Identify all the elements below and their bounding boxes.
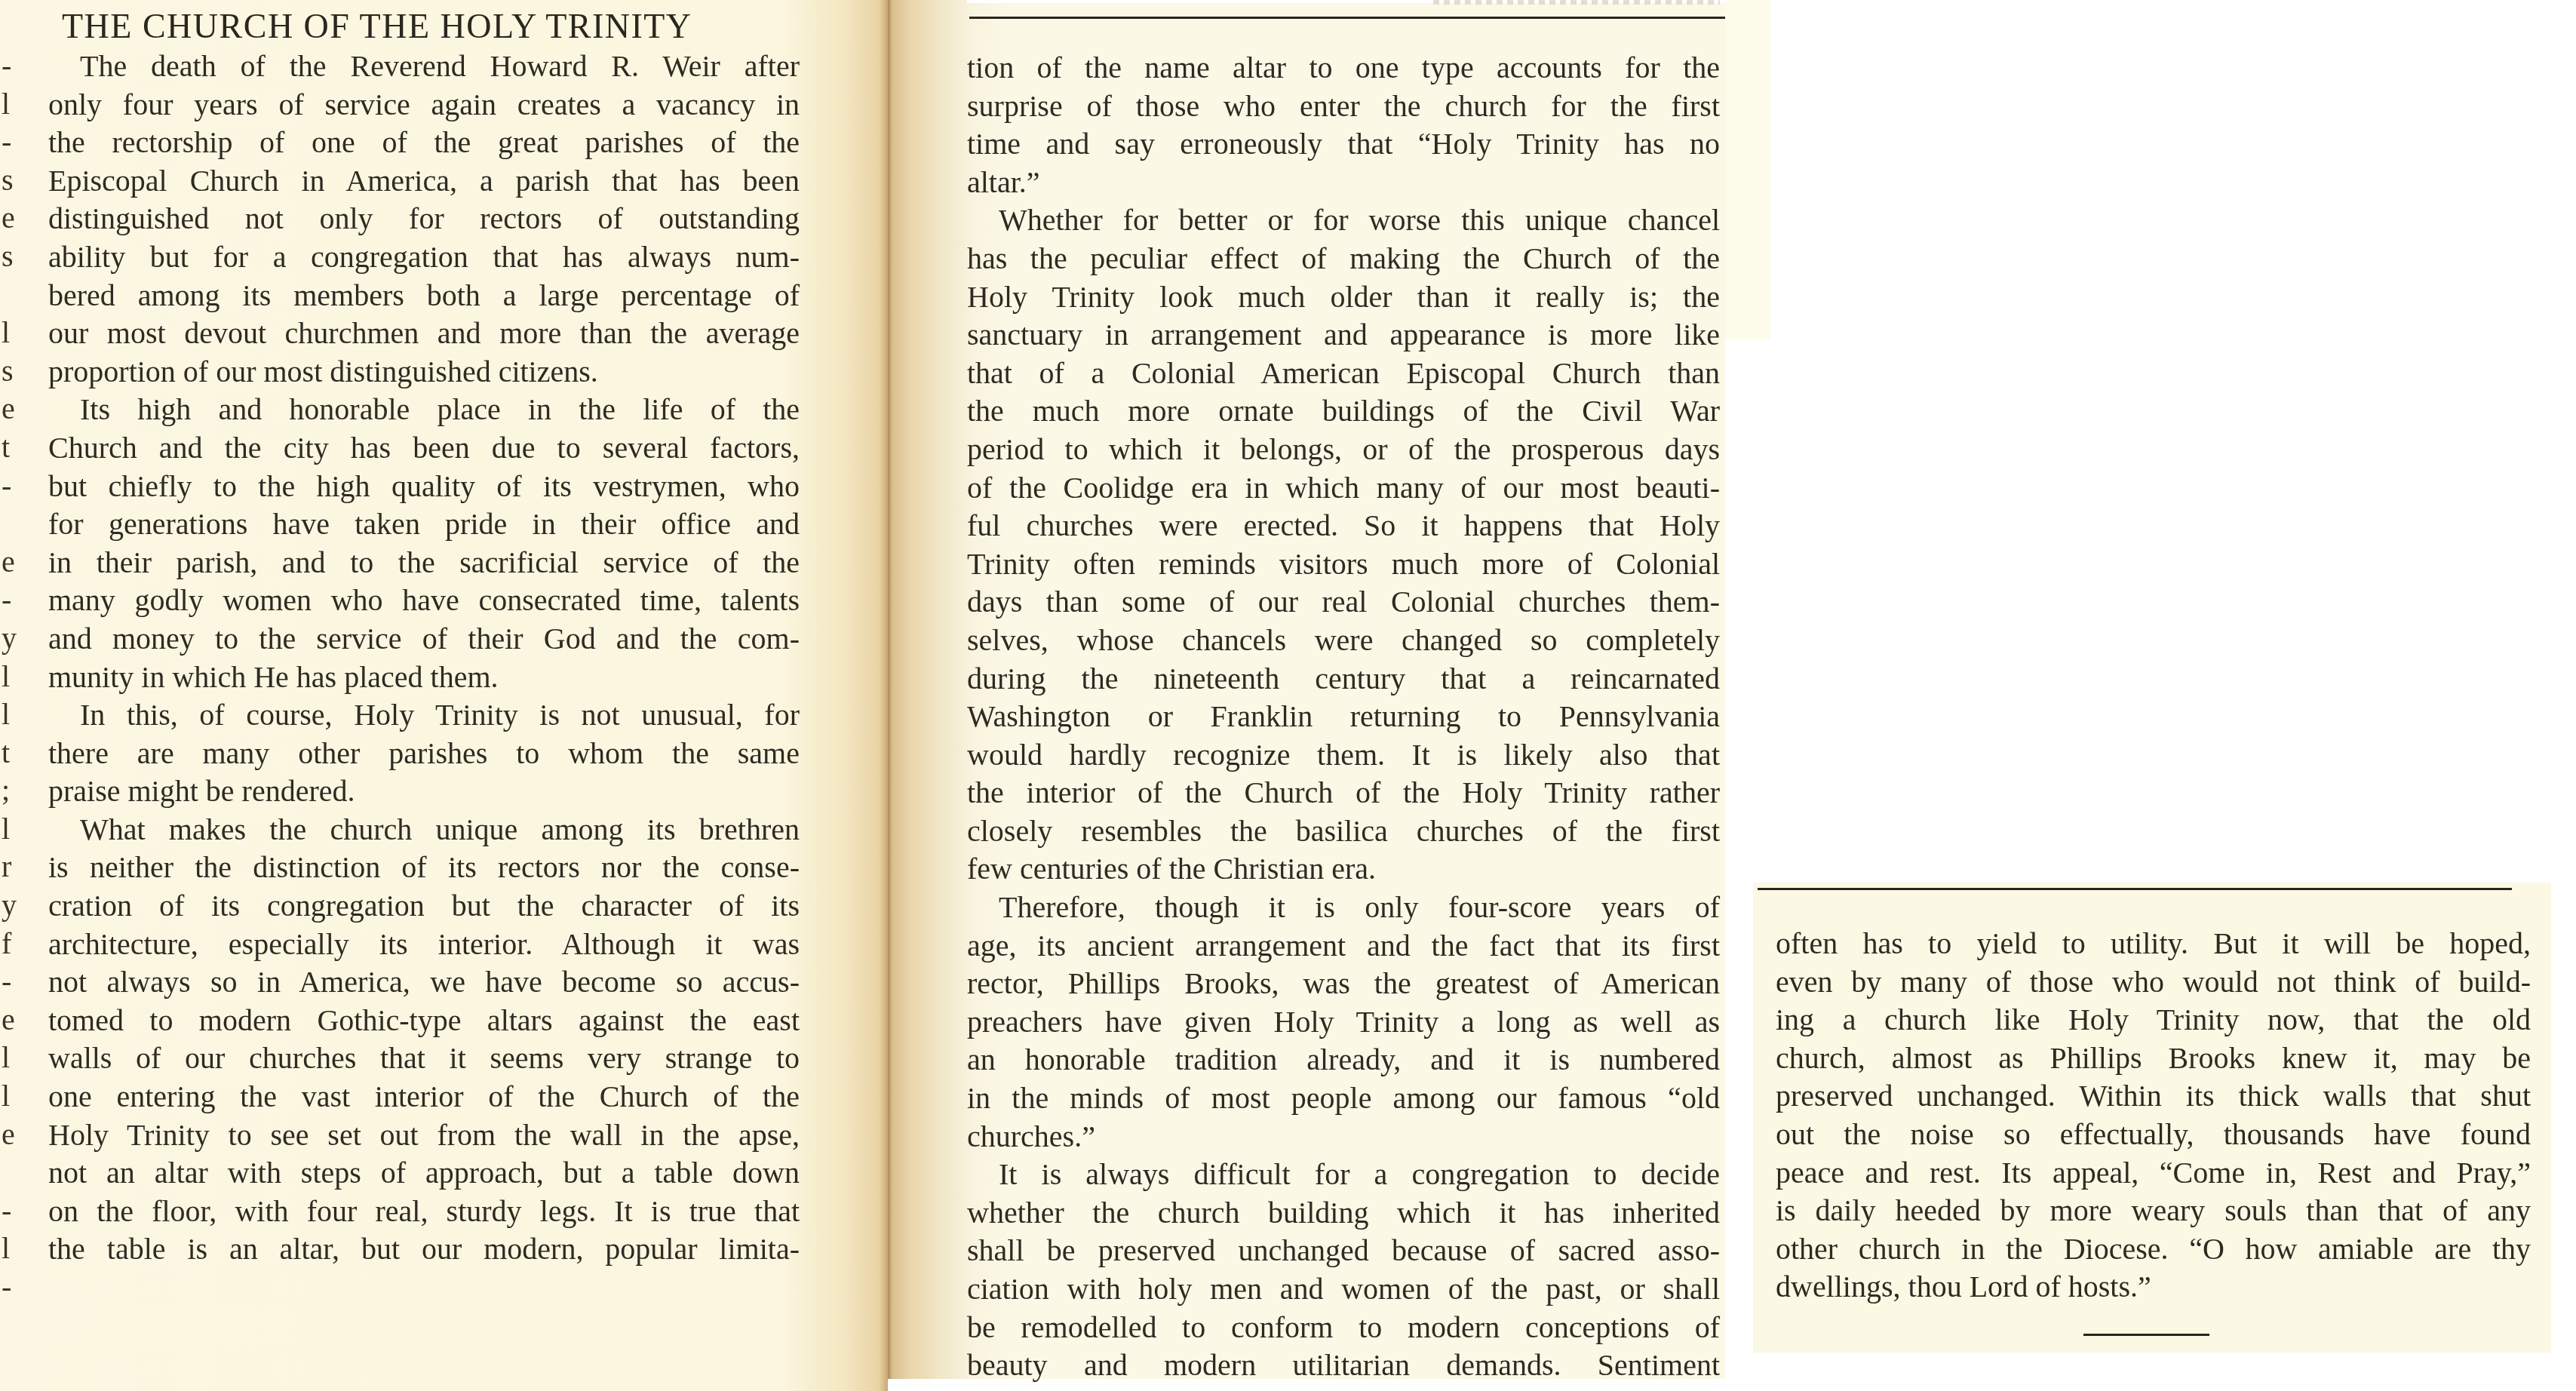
text-line: time and say erroneously that “Holy Trin… [967,125,1720,164]
text-line: peace and rest. Its appeal, “Come in, Re… [1776,1154,2531,1193]
fragment-glyph: y [2,619,17,658]
text-line: days than some of our real Colonial chur… [967,583,1720,622]
fragment-glyph: f [2,925,17,963]
middle-column-text: tion of the name altar to one type accou… [967,49,1720,1385]
fragment-glyph: - [2,963,17,1001]
text-line: would hardly recognize them. It is likel… [967,736,1720,775]
text-line: be remodelled to conform to modern conce… [967,1309,1720,1347]
fragment-glyph: s [2,238,17,276]
article-title: THE CHURCH OF THE HOLY TRINITY [62,6,801,46]
paper-edge [1725,0,1770,339]
fragment-glyph: l [2,1077,17,1116]
text-line: few centuries of the Christian era. [967,850,1720,889]
text-line: What makes the church unique among its b… [48,811,800,849]
text-line: closely resembles the basilica churches … [967,812,1720,851]
text-line: beauty and modern utilitarian demands. S… [967,1346,1720,1385]
text-line: is daily heeded by more weary souls than… [1776,1192,2531,1230]
text-line: Washington or Franklin returning to Penn… [967,698,1720,736]
text-line: bered among its members both a large per… [48,277,800,315]
text-line: shall be preserved unchanged because of … [967,1232,1720,1270]
fragment-glyph: l [2,85,17,124]
fragment-glyph: r [2,848,17,886]
fragment-glyph: - [2,1268,17,1307]
fragment-glyph [2,1153,17,1192]
fragment-glyph: e [2,1116,17,1154]
fragment-glyph: - [2,123,17,161]
text-line: other church in the Diocese. “O how amia… [1776,1230,2531,1269]
fragment-glyph: l [2,695,17,734]
text-line: architecture, especially its interior. A… [48,926,800,964]
text-line: an honorable tradition already, and it i… [967,1041,1720,1079]
text-line: often has to yield to utility. But it wi… [1776,925,2531,963]
fragment-glyph: e [2,199,17,238]
text-line: Holy Trinity to see set out from the wal… [48,1116,800,1155]
fragment-glyph: e [2,1001,17,1039]
fragment-glyph: - [2,581,17,619]
fragment-glyph: - [2,1192,17,1230]
text-line: selves, whose chancels were changed so c… [967,622,1720,660]
fragment-glyph: e [2,390,17,428]
fragment-glyph: e [2,543,17,582]
adjacent-page-fragments: -l-seslset-e-yllt;lryf-elle-l- [2,47,17,1307]
text-line: whether the church building which it has… [967,1194,1720,1233]
fragment-glyph: y [2,886,17,925]
fragment-glyph: l [2,810,17,849]
text-line: rector, Phillips Brooks, was the greates… [967,965,1720,1003]
end-rule [2083,1334,2209,1336]
text-line: preserved unchanged. Within its thick wa… [1776,1077,2531,1116]
text-line: praise might be rendered. [48,772,800,811]
fragment-glyph: t [2,428,17,467]
text-line: surprise of those who enter the church f… [967,88,1720,126]
text-line: there are many other parishes to whom th… [48,735,800,773]
text-line: Holy Trinity look much older than it rea… [967,278,1720,317]
text-line: ing a church like Holy Trinity now, that… [1776,1001,2531,1039]
text-line: our most devout churchmen and more than … [48,315,800,353]
text-line: Trinity often reminds visitors much more… [967,545,1720,584]
top-rule [969,17,1725,19]
text-line: that of a Colonial American Episcopal Ch… [967,355,1720,393]
text-line: preachers have given Holy Trinity a long… [967,1003,1720,1042]
fragment-glyph: ; [2,772,17,810]
text-line: not always so in America, we have become… [48,963,800,1002]
text-line: even by many of those who would not thin… [1776,963,2531,1002]
text-line: has the peculiar effect of making the Ch… [967,240,1720,278]
text-line: walls of our churches that it seems very… [48,1039,800,1078]
text-line: the rectorship of one of the great paris… [48,124,800,162]
text-line: age, its ancient arrangement and the fac… [967,927,1720,966]
text-line: one entering the vast interior of the Ch… [48,1078,800,1116]
text-line: In this, of course, Holy Trinity is not … [48,696,800,735]
text-line: Episcopal Church in America, a parish th… [48,162,800,201]
text-line: tomed to modern Gothic-type altars again… [48,1002,800,1040]
text-line: sanctuary in arrangement and appearance … [967,316,1720,355]
text-line: Whether for better or for worse this uni… [967,201,1720,240]
text-line: ful churches were erected. So it happens… [967,507,1720,545]
text-line: Its high and honorable place in the life… [48,391,800,429]
text-line: of the Coolidge era in which many of our… [967,469,1720,508]
fragment-glyph: l [2,314,17,352]
text-line: many godly women who have consecrated ti… [48,582,800,620]
text-line: tion of the name altar to one type accou… [967,49,1720,88]
text-line: church, almost as Phillips Brooks knew i… [1776,1039,2531,1078]
text-line: Therefore, though it is only four-score … [967,889,1720,927]
text-line: It is always difficult for a congregatio… [967,1156,1720,1194]
text-line: the much more ornate buildings of the Ci… [967,392,1720,431]
running-header-cropped [1433,0,1720,5]
text-line: in their parish, and to the sacrificial … [48,544,800,582]
text-line: but chiefly to the high quality of its v… [48,468,800,506]
text-line: for generations have taken pride in thei… [48,505,800,544]
text-line: is neither the distinction of its rector… [48,849,800,887]
text-line: Church and the city has been due to seve… [48,429,800,468]
text-line: The death of the Reverend Howard R. Weir… [48,48,800,86]
text-line: the interior of the Church of the Holy T… [967,774,1720,812]
text-line: not an altar with steps of approach, but… [48,1154,800,1193]
fragment-glyph: s [2,352,17,391]
text-line: in the minds of most people among our fa… [967,1079,1720,1118]
text-line: churches.” [967,1118,1720,1156]
text-line: cration of its congregation but the char… [48,887,800,926]
left-column-text: The death of the Reverend Howard R. Weir… [48,48,800,1269]
fragment-glyph: l [2,658,17,696]
text-line: proportion of our most distinguished cit… [48,353,800,392]
text-line: only four years of service again creates… [48,86,800,124]
fragment-glyph: - [2,467,17,505]
text-line: altar.” [967,164,1720,202]
fragment-glyph [2,276,17,315]
text-line: dwellings, thou Lord of hosts.” [1776,1268,2531,1307]
text-line: ability but for a congregation that has … [48,238,800,277]
text-line: munity in which He has placed them. [48,659,800,697]
text-line: ciation with holy men and women of the p… [967,1270,1720,1309]
fragment-glyph: s [2,161,17,200]
fragment-glyph: l [2,1230,17,1268]
fragment-glyph: - [2,47,17,85]
text-line: and money to the service of their God an… [48,620,800,659]
fragment-glyph: t [2,734,17,772]
text-line: the table is an altar, but our modern, p… [48,1230,800,1269]
text-line: distinguished not only for rectors of ou… [48,200,800,238]
panel-top-rule [1758,888,2512,890]
right-column-text: often has to yield to utility. But it wi… [1776,925,2531,1307]
text-line: period to which it belongs, or of the pr… [967,431,1720,469]
text-line: during the nineteenth century that a rei… [967,660,1720,699]
fragment-glyph: l [2,1039,17,1077]
text-line: out the noise so effectually, thousands … [1776,1116,2531,1154]
fragment-glyph [2,505,17,543]
text-line: on the floor, with four real, sturdy leg… [48,1193,800,1231]
